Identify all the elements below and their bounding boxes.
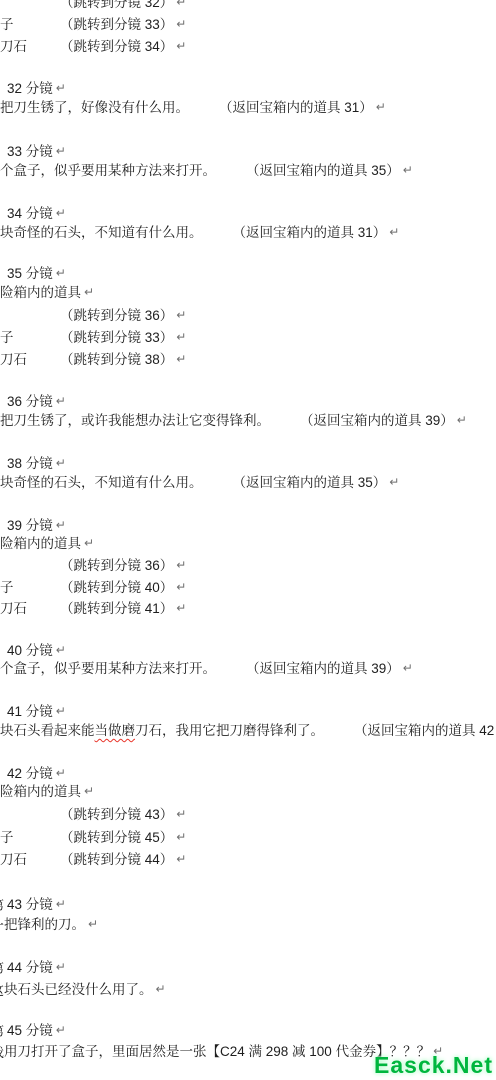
- document-line: 第45 分镜↵: [0, 1022, 496, 1041]
- jump-note-text: （跳转到分镜 40）: [60, 580, 173, 595]
- paragraph-mark-icon: ↵: [56, 702, 66, 720]
- document-line: 子（跳转到分镜 40）↵: [0, 579, 496, 598]
- document-line: 险箱内的道具↵: [0, 535, 496, 554]
- paragraph-mark-icon: ↵: [176, 599, 186, 617]
- jump-note-text: （跳转到分镜 43）: [60, 807, 173, 822]
- paragraph-mark-icon: ↵: [457, 411, 467, 429]
- jump-note: （跳转到分镜 36）↵: [60, 307, 186, 325]
- item-label: 刀石: [0, 600, 27, 618]
- paragraph-mark-icon: ↵: [156, 980, 166, 998]
- paragraph-mark-icon: ↵: [84, 283, 94, 301]
- jump-note-text: （跳转到分镜 36）: [60, 558, 173, 573]
- document-line: 第43 分镜↵: [0, 896, 496, 915]
- document-line: （跳转到分镜 36）↵: [0, 307, 496, 326]
- document-line: 39 分镜↵: [0, 517, 496, 536]
- jump-note: （跳转到分镜 33）↵: [60, 329, 186, 347]
- watermark: Easck.Net: [374, 1052, 493, 1079]
- paragraph-mark-icon: ↵: [56, 641, 66, 659]
- scene-text: 个盒子，似乎要用某种方法来打开。: [0, 661, 216, 676]
- item-label: 刀石: [0, 38, 27, 56]
- document-line: 第44 分镜↵: [0, 959, 496, 978]
- item-label: 子: [0, 16, 14, 34]
- jump-note-text: （跳转到分镜 38）: [60, 352, 173, 367]
- scene-text: 险箱内的道具: [0, 784, 81, 799]
- scene-header: 35 分镜: [0, 265, 53, 283]
- jump-note: （跳转到分镜 33）↵: [60, 16, 186, 34]
- scene-text: 块石头看起来能: [0, 723, 95, 738]
- scene-text: 险箱内的道具: [0, 285, 81, 300]
- jump-note: （跳转到分镜 44）↵: [60, 851, 186, 869]
- scene-text: 把刀生锈了，或许我能想办法让它变得锋利。: [0, 413, 270, 428]
- item-label: 子: [0, 579, 14, 597]
- item-label: 刀石: [0, 851, 27, 869]
- document-line: 子（跳转到分镜 45）↵: [0, 829, 496, 848]
- jump-note: （跳转到分镜 43）↵: [60, 806, 186, 824]
- document-line: 38 分镜↵: [0, 455, 496, 474]
- paragraph-mark-icon: ↵: [176, 828, 186, 846]
- scene-header: 40 分镜: [0, 642, 53, 660]
- paragraph-mark-icon: ↵: [84, 534, 94, 552]
- document-line: 把刀生锈了，或许我能想办法让它变得锋利。（返回宝箱内的道具 39）↵: [0, 412, 496, 431]
- jump-note: （跳转到分镜 45）↵: [60, 829, 186, 847]
- scene-text: 块奇怪的石头，不知道有什么用。: [0, 225, 203, 240]
- paragraph-mark-icon: ↵: [176, 350, 186, 368]
- scene-text: 用刀打开了盒子，里面居然是一张【C24 满 298 减 100 代金券】？？？: [4, 1044, 430, 1059]
- document-line: 33 分镜↵: [0, 143, 496, 162]
- scene-text: 个盒子，似乎要用某种方法来打开。: [0, 163, 216, 178]
- paragraph-mark-icon: ↵: [403, 659, 413, 677]
- jump-note: （跳转到分镜 32）↵: [60, 0, 186, 12]
- paragraph-mark-icon: ↵: [176, 805, 186, 823]
- item-label: 刀石: [0, 351, 27, 369]
- document-line: 一把锋利的刀。↵: [0, 916, 496, 935]
- document-line: （跳转到分镜 43）↵: [0, 806, 496, 825]
- jump-note-text: （跳转到分镜 44）: [60, 852, 173, 867]
- document-page: （跳转到分镜 32）↵子（跳转到分镜 33）↵刀石（跳转到分镜 34）↵32 分…: [0, 0, 496, 1080]
- misspelled-text: 当做磨: [95, 723, 136, 738]
- return-note: （返回宝箱内的道具 35）: [246, 162, 400, 180]
- scene-text: 把刀生锈了，好像没有什么用。: [0, 100, 189, 115]
- scene-text: 把锋利的刀。: [4, 917, 85, 932]
- document-line: 把刀生锈了，好像没有什么用。（返回宝箱内的道具 31）↵: [0, 99, 496, 118]
- return-note: （返回宝箱内的道具 39）: [246, 660, 400, 678]
- document-line: （跳转到分镜 32）↵: [0, 0, 496, 13]
- scene-header: 34 分镜: [0, 205, 53, 223]
- document-line: 刀石（跳转到分镜 34）↵: [0, 38, 496, 57]
- jump-note: （跳转到分镜 34）↵: [60, 38, 186, 56]
- scene-header: 36 分镜: [0, 393, 53, 411]
- paragraph-mark-icon: ↵: [176, 306, 186, 324]
- return-note: （返回宝箱内的道具 35）: [233, 474, 387, 492]
- document-line: 41 分镜↵: [0, 703, 496, 722]
- return-note: （返回宝箱内的道具 39）: [300, 412, 454, 430]
- jump-note: （跳转到分镜 40）↵: [60, 579, 186, 597]
- document-line: 36 分镜↵: [0, 393, 496, 412]
- document-line: 刀石（跳转到分镜 38）↵: [0, 351, 496, 370]
- paragraph-mark-icon: ↵: [56, 454, 66, 472]
- paragraph-mark-icon: ↵: [176, 0, 186, 11]
- paragraph-mark-icon: ↵: [176, 850, 186, 868]
- paragraph-mark-icon: ↵: [176, 556, 186, 574]
- document-line: 刀石（跳转到分镜 44）↵: [0, 851, 496, 870]
- scene-text: 险箱内的道具: [0, 536, 81, 551]
- document-line: 34 分镜↵: [0, 205, 496, 224]
- document-line: 子（跳转到分镜 33）↵: [0, 329, 496, 348]
- paragraph-mark-icon: ↵: [176, 37, 186, 55]
- scene-header: 45 分镜: [4, 1023, 53, 1038]
- paragraph-mark-icon: ↵: [56, 204, 66, 222]
- return-note: （返回宝箱内的道具 42: [354, 722, 494, 740]
- paragraph-mark-icon: ↵: [176, 578, 186, 596]
- document-line: 个盒子，似乎要用某种方法来打开。（返回宝箱内的道具 35）↵: [0, 162, 496, 181]
- document-line: 块石头看起来能当做磨刀石，我用它把刀磨得锋利了。（返回宝箱内的道具 42: [0, 722, 496, 741]
- scene-header: 43 分镜: [4, 897, 53, 912]
- scene-text: 块石头已经没什么用了。: [4, 982, 153, 997]
- jump-note-text: （跳转到分镜 33）: [60, 17, 173, 32]
- document-line: 子（跳转到分镜 33）↵: [0, 16, 496, 35]
- document-line: 刀石（跳转到分镜 41）↵: [0, 600, 496, 619]
- paragraph-mark-icon: ↵: [56, 895, 66, 913]
- document-line: 险箱内的道具↵: [0, 284, 496, 303]
- item-label: 子: [0, 329, 14, 347]
- paragraph-mark-icon: ↵: [56, 142, 66, 160]
- scene-header: 42 分镜: [0, 765, 53, 783]
- paragraph-mark-icon: ↵: [176, 328, 186, 346]
- document-line: 32 分镜↵: [0, 80, 496, 99]
- scene-text: 刀石，我用它把刀磨得锋利了。: [135, 723, 324, 738]
- jump-note-text: （跳转到分镜 45）: [60, 830, 173, 845]
- return-note: （返回宝箱内的道具 31）: [219, 99, 373, 117]
- scene-header: 33 分镜: [0, 143, 53, 161]
- document-line: 这块石头已经没什么用了。↵: [0, 981, 496, 1000]
- paragraph-mark-icon: ↵: [56, 516, 66, 534]
- scene-header: 44 分镜: [4, 960, 53, 975]
- paragraph-mark-icon: ↵: [389, 223, 399, 241]
- paragraph-mark-icon: ↵: [56, 392, 66, 410]
- paragraph-mark-icon: ↵: [403, 161, 413, 179]
- paragraph-mark-icon: ↵: [56, 958, 66, 976]
- jump-note: （跳转到分镜 38）↵: [60, 351, 186, 369]
- scene-header: 39 分镜: [0, 517, 53, 535]
- scene-header: 41 分镜: [0, 703, 53, 721]
- paragraph-mark-icon: ↵: [389, 473, 399, 491]
- document-line: 块奇怪的石头，不知道有什么用。（返回宝箱内的道具 31）↵: [0, 224, 496, 243]
- scene-text: 块奇怪的石头，不知道有什么用。: [0, 475, 203, 490]
- paragraph-mark-icon: ↵: [84, 782, 94, 800]
- paragraph-mark-icon: ↵: [88, 915, 98, 933]
- jump-note-text: （跳转到分镜 34）: [60, 39, 173, 54]
- document-line: 40 分镜↵: [0, 642, 496, 661]
- jump-note-text: （跳转到分镜 41）: [60, 601, 173, 616]
- jump-note-text: （跳转到分镜 33）: [60, 330, 173, 345]
- jump-note-text: （跳转到分镜 36）: [60, 308, 173, 323]
- paragraph-mark-icon: ↵: [56, 264, 66, 282]
- jump-note-text: （跳转到分镜 32）: [60, 0, 173, 10]
- return-note: （返回宝箱内的道具 31）: [233, 224, 387, 242]
- paragraph-mark-icon: ↵: [176, 15, 186, 33]
- scene-header: 32 分镜: [0, 80, 53, 98]
- item-label: 子: [0, 829, 14, 847]
- document-line: 险箱内的道具↵: [0, 783, 496, 802]
- paragraph-mark-icon: ↵: [56, 79, 66, 97]
- document-line: 35 分镜↵: [0, 265, 496, 284]
- paragraph-mark-icon: ↵: [56, 764, 66, 782]
- document-line: （跳转到分镜 36）↵: [0, 557, 496, 576]
- document-line: 个盒子，似乎要用某种方法来打开。（返回宝箱内的道具 39）↵: [0, 660, 496, 679]
- paragraph-mark-icon: ↵: [56, 1021, 66, 1039]
- document-line: 42 分镜↵: [0, 765, 496, 784]
- paragraph-mark-icon: ↵: [376, 98, 386, 116]
- scene-header: 38 分镜: [0, 455, 53, 473]
- jump-note: （跳转到分镜 36）↵: [60, 557, 186, 575]
- document-line: 块奇怪的石头，不知道有什么用。（返回宝箱内的道具 35）↵: [0, 474, 496, 493]
- jump-note: （跳转到分镜 41）↵: [60, 600, 186, 618]
